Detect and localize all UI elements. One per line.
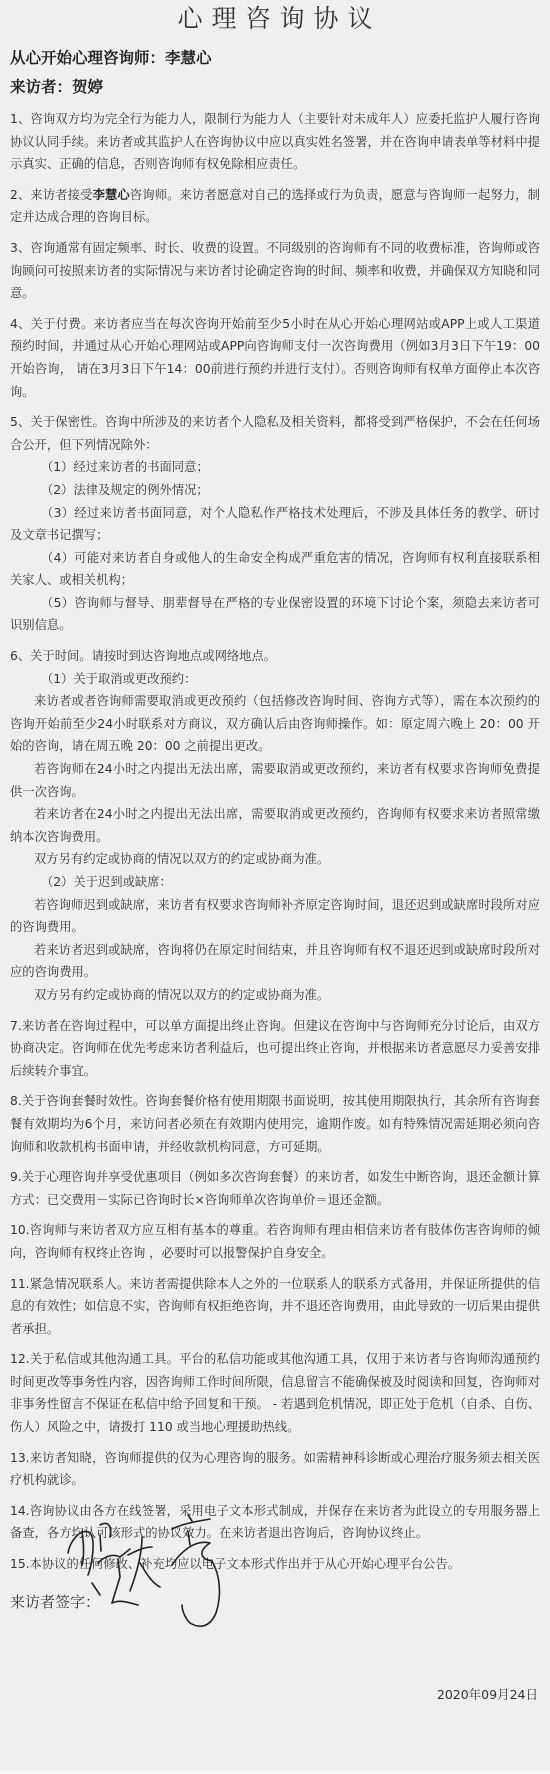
clause-5: 5、关于保密性。咨询中所涉及的来访者个人隐私及相关资料，都将受到严格保护，不会在… [10,411,540,637]
clause-11: 11.紧急情况联系人。来访者需提供除本人之外的一位联系人的联系方式备用，并保证所… [10,1273,540,1341]
clause-4: 4、关于付费。来访者应当在每次咨询开始前至少5小时在从心开始心理网站或APP上或… [10,313,540,403]
clause-6-paragraph: 来访者或者咨询师需要取消或更改预约（包括修改咨询时间、咨询方式等），需在本次预约… [10,690,540,758]
client-heading: 来访者：贺婷 [10,77,540,97]
clause-5-intro: 5、关于保密性。咨询中所涉及的来访者个人隐私及相关资料，都将受到严格保护，不会在… [10,411,540,456]
clause-1: 1、咨询双方均为完全行为能力人，限制行为能力人（主要针对未成年人）应委托监护人履… [10,108,540,176]
clause-6-paragraph: 双方另有约定或协商的情况以双方的约定或协商为准。 [10,984,540,1007]
clause-10: 10.咨询师与来访者双方应互相有基本的尊重。若咨询师有理由相信来访者有肢体伤害咨… [10,1219,540,1264]
clause-2-text-pre: 2、来访者接受 [10,188,93,202]
clause-5-item: （3）经过来访者书面同意，对个人隐私作严格技术处理后，不涉及具体任务的教学、研讨… [10,502,540,547]
clause-3: 3、咨询通常有固定频率、时长、收费的设置。不同级别的咨询师有不同的收费标准，咨询… [10,237,540,305]
signature-date: 2020年09月24日 [437,1685,538,1703]
clause-8: 8.关于咨询套餐时效性。咨询套餐价格有使用期限书面说明，按其使用期限执行，其余所… [10,1090,540,1158]
clause-6-paragraph: 双方另有约定或协商的情况以双方的约定或协商为准。 [10,848,540,871]
clause-6-paragraph: 若来访者迟到或缺席，咨询将仍在原定时间结束，并且咨询师有权不退还迟到或缺席时段所… [10,939,540,984]
document-title: 心理咨询协议 [10,0,540,38]
counselor-name-highlight: 李慧心 [93,188,130,202]
clause-6-paragraph: 若来访者在24小时之内提出无法出席，需要取消或更改预约，咨询师有权要求来访者照常… [10,803,540,848]
clause-2: 2、来访者接受李慧心咨询师。来访者愿意对自己的选择或行为负责，愿意与咨询师一起努… [10,184,540,229]
clause-6-paragraph: 若咨询师在24小时之内提出无法出席，需要取消或更改预约，来访者有权要求咨询师免费… [10,758,540,803]
clause-6: 6、关于时间。请按时到达咨询地点或网络地点。 （1）关于取消或更改预约： 来访者… [10,645,540,1007]
clause-6-sub1-title: （1）关于取消或更改预约： [10,668,540,691]
agreement-document: 心理咨询协议 从心开始心理咨询师：李慧心 来访者：贺婷 1、咨询双方均为完全行为… [0,0,550,1612]
clause-7: 7.来访者在咨询过程中，可以单方面提出终止咨询。但建议在咨询中与咨询师充分讨论后… [10,1015,540,1083]
clause-6-paragraph: 若咨询师迟到或缺席，来访者有权要求咨询师补齐原定咨询时间，退还迟到或缺席时段所对… [10,894,540,939]
clause-5-item: （5）咨询师与督导、朋辈督导在严格的专业保密设置的环境下讨论个案，须隐去来访者可… [10,592,540,637]
clause-12: 12.关于私信或其他沟通工具。平台的私信功能或其他沟通工具，仅用于来访者与咨询师… [10,1348,540,1438]
clause-6-sub2-title: （2）关于迟到或缺席： [10,871,540,894]
clause-9: 9.关于心理咨询并享受优惠项目（例如多次咨询套餐）的来访者，如发生中断咨询，退还… [10,1166,540,1211]
counselor-heading: 从心开始心理咨询师：李慧心 [10,48,540,68]
handwritten-signature [60,1495,280,1645]
clause-6-intro: 6、关于时间。请按时到达咨询地点或网络地点。 [10,645,540,668]
clause-5-item: （4）可能对来访者自身或他人的生命安全构成严重危害的情况，咨询师有权利直接联系相… [10,547,540,592]
clause-5-item: （2）法律及规定的例外情况； [10,479,540,502]
clause-13: 13.来访者知晓，咨询师提供的仅为心理咨询的服务。如需精神科诊断或心理治疗服务须… [10,1447,540,1492]
page-bottom-edge [0,1770,550,1774]
clause-5-item: （1）经过来访者的书面同意； [10,456,540,479]
